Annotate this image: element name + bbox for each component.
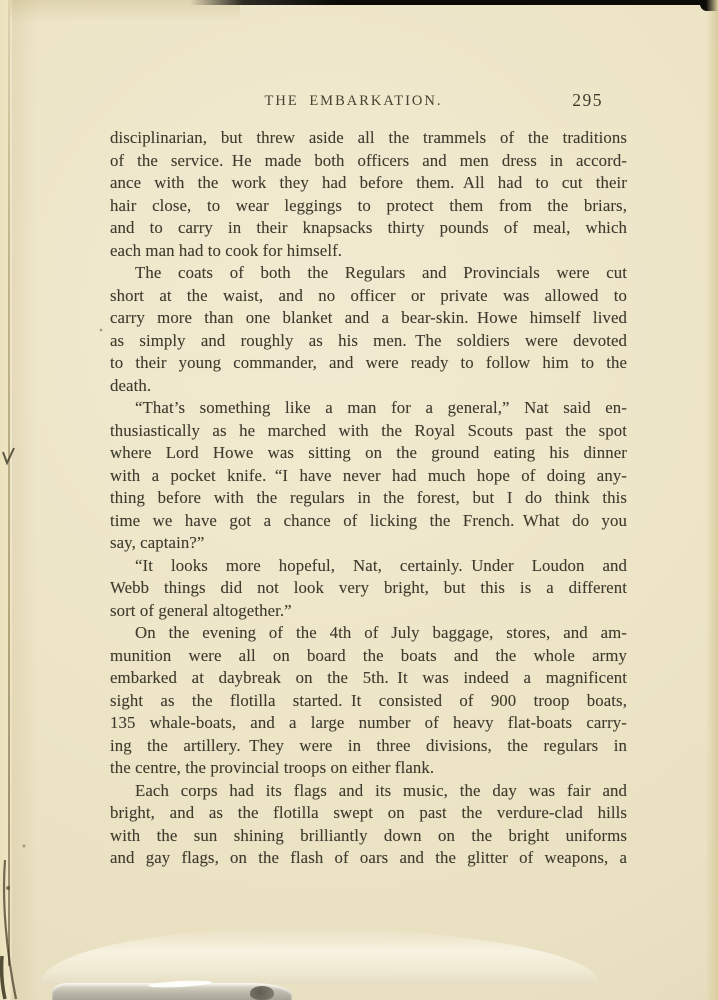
text-line: ing the artillery. They were in three di… (110, 735, 627, 758)
text-line: sort of general altogether.” (110, 600, 627, 623)
text-line: the centre, the provincial troops on eit… (110, 757, 627, 780)
text-line: short at the waist, and no officer or pr… (110, 285, 627, 308)
text-line: with the sun shining brilliantly down on… (110, 825, 627, 848)
ink-speck (100, 329, 103, 332)
page-title: THE EMBARKATION. (265, 93, 443, 110)
text-line: munition were all on board the boats and… (110, 645, 627, 668)
text-line: death. (110, 375, 627, 398)
text-line: 135 whale-boats, and a large number of h… (110, 712, 627, 735)
text-line: thusiastically as he marched with the Ro… (110, 420, 627, 443)
page-binding-shadow (12, 0, 38, 1000)
text-line: “It looks more hopeful, Nat, certainly. … (110, 555, 627, 578)
page-bottom-curl (40, 928, 600, 984)
photo-top-edge (190, 0, 718, 5)
text-line: and to carry in their knapsacks thirty p… (110, 217, 627, 240)
text-line: ance with the work they had before them.… (110, 172, 627, 195)
text-line: Each corps had its flags and its music, … (110, 780, 627, 803)
text-line: hair close, to wear leggings to protect … (110, 195, 627, 218)
text-line: thing before with the regulars in the fo… (110, 487, 627, 510)
text-line: Webb things did not look very bright, bu… (110, 577, 627, 600)
text-line: with a pocket knife. “I have never had m… (110, 465, 627, 488)
text-line: as simply and roughly as his men. The so… (110, 330, 627, 353)
text-line: embarked at daybreak on the 5th. It was … (110, 667, 627, 690)
body-text: disciplinarian, but threw aside all the … (110, 127, 627, 870)
page-number: 295 (572, 90, 603, 111)
text-line: carry more than one blanket and a bear-s… (110, 307, 627, 330)
text-line: sight as the flotilla started. It consis… (110, 690, 627, 713)
text-line: disciplinarian, but threw aside all the … (110, 127, 627, 150)
text-line: say, captain?” (110, 532, 627, 555)
text-line: On the evening of the 4th of July baggag… (110, 622, 627, 645)
paragraph: “That’s something like a man for a gener… (110, 397, 627, 555)
text-line: “That’s something like a man for a gener… (110, 397, 627, 420)
text-line: The coats of both the Regulars and Provi… (110, 262, 627, 285)
paragraph: disciplinarian, but threw aside all the … (110, 127, 627, 262)
paragraph: “It looks more hopeful, Nat, certainly. … (110, 555, 627, 623)
text-line: and gay flags, on the flash of oars and … (110, 847, 627, 870)
text-block: THE EMBARKATION. 295 disciplinarian, but… (110, 93, 627, 870)
screenshot-root: { "book_page": { "header": { "title": "T… (0, 0, 718, 1000)
text-line: each man had to cook for himself. (110, 240, 627, 263)
page-right-edge (706, 0, 718, 1000)
text-line: where Lord Howe was sitting on the groun… (110, 442, 627, 465)
paragraph: Each corps had its flags and its music, … (110, 780, 627, 870)
running-header: THE EMBARKATION. 295 (110, 93, 627, 114)
book-page: THE EMBARKATION. 295 disciplinarian, but… (0, 0, 718, 1000)
text-line: time we have got a chance of licking the… (110, 510, 627, 533)
text-line: of the service. He made both officers an… (110, 150, 627, 173)
page-binding-crease (8, 0, 10, 966)
paragraph: On the evening of the 4th of July baggag… (110, 622, 627, 780)
paragraph: The coats of both the Regulars and Provi… (110, 262, 627, 397)
page-stack-shadow-blob (250, 986, 274, 1000)
text-line: bright, and as the flotilla swept on pas… (110, 802, 627, 825)
text-line: to their young commander, and were ready… (110, 352, 627, 375)
